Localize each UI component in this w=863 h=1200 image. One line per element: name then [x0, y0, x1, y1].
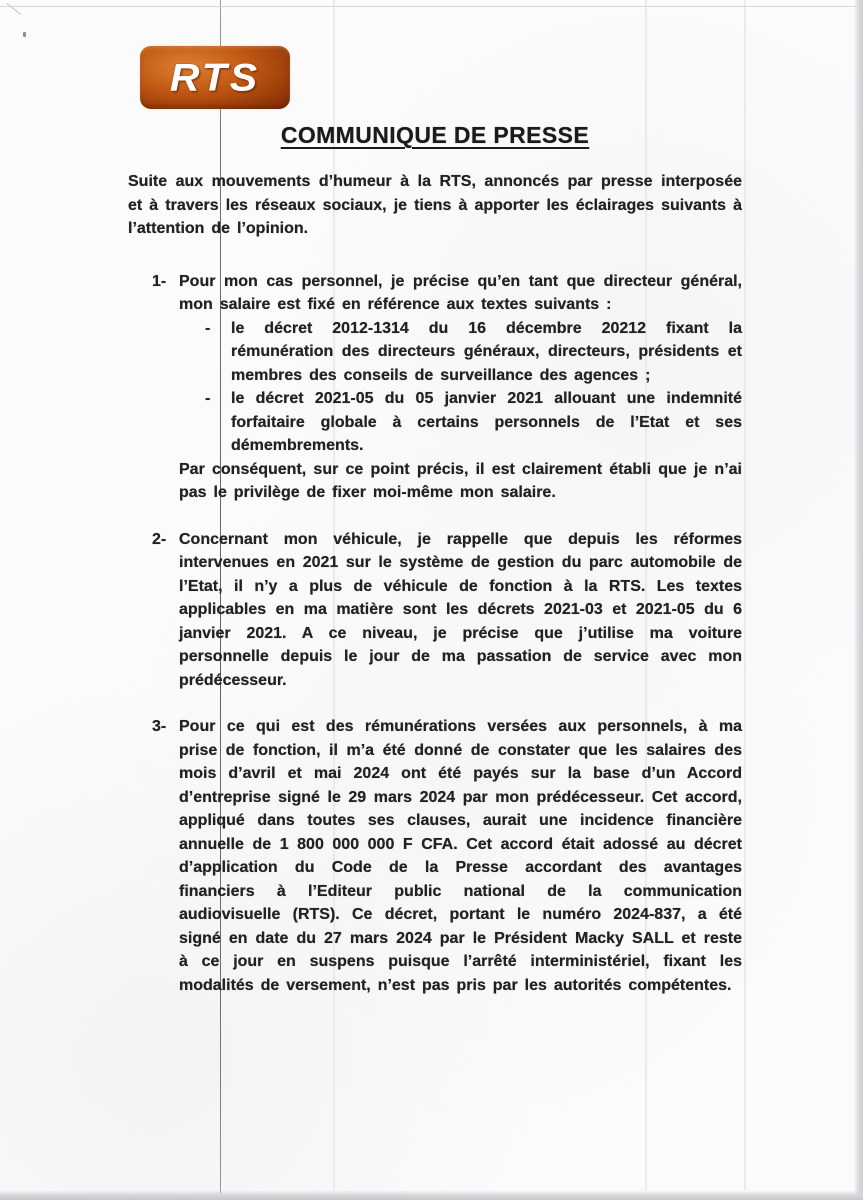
list-item-1: 1- Pour mon cas personnel, je précise qu… [152, 270, 742, 505]
scan-speck [23, 32, 26, 37]
bullet-dash: - [205, 387, 231, 458]
scanned-press-release: RTS COMMUNIQUE DE PRESSE Suite aux mouve… [0, 0, 863, 1200]
item-1-note: Par conséquent, sur ce point précis, il … [179, 458, 742, 505]
page-right-edge [854, 0, 863, 1200]
bullet-dash: - [205, 317, 231, 388]
item-number: 3- [152, 715, 179, 997]
item-1-bullet-2: - le décret 2021-05 du 05 janvier 2021 a… [179, 387, 742, 458]
bullet-text: le décret 2012-1314 du 16 décembre 20212… [231, 317, 742, 388]
page-top-edge [0, 6, 857, 7]
item-2-lead: Concernant mon véhicule, je rappelle que… [179, 528, 742, 693]
rts-logo: RTS [140, 46, 290, 109]
item-number: 2- [152, 528, 179, 693]
page-bottom-edge [0, 1190, 863, 1200]
item-1-bullet-1: - le décret 2012-1314 du 16 décembre 202… [179, 317, 742, 388]
item-1-lead: Pour mon cas personnel, je précise qu’en… [179, 270, 742, 317]
item-3-lead: Pour ce qui est des rémunérations versée… [179, 715, 742, 997]
document-body: COMMUNIQUE DE PRESSE Suite aux mouvement… [128, 122, 742, 997]
rts-logo-text: RTS [170, 55, 260, 100]
list-item-2: 2- Concernant mon véhicule, je rappelle … [152, 528, 742, 693]
item-body: Concernant mon véhicule, je rappelle que… [179, 528, 742, 693]
item-body: Pour ce qui est des rémunérations versée… [179, 715, 742, 997]
document-title: COMMUNIQUE DE PRESSE [128, 122, 742, 149]
bullet-text: le décret 2021-05 du 05 janvier 2021 all… [231, 387, 742, 458]
intro-paragraph: Suite aux mouvements d’humeur à la RTS, … [128, 170, 742, 241]
list-item-3: 3- Pour ce qui est des rémunérations ver… [152, 715, 742, 997]
scan-crease-line [744, 0, 746, 1190]
numbered-list: 1- Pour mon cas personnel, je précise qu… [128, 270, 742, 998]
item-number: 1- [152, 270, 179, 505]
item-body: Pour mon cas personnel, je précise qu’en… [179, 270, 742, 505]
